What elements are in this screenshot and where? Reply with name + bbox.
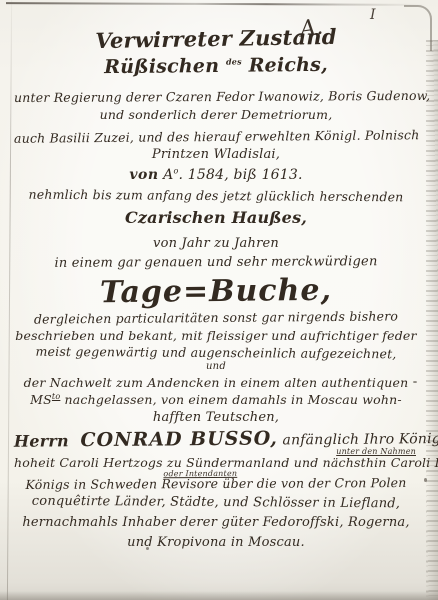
manuscript-line: der Nachwelt zum Andencken in einem alte…: [14, 376, 418, 389]
author-line-rest: anfänglich Ihro Königl.: [282, 431, 438, 448]
manuscript-line: meist gegenwärtig und augenscheinlich au…: [14, 344, 418, 360]
page-right-edge: [426, 40, 438, 600]
manuscript-line: in einem gar genauen und sehr merckwürdi…: [14, 255, 418, 271]
page-fold-line: [7, 0, 12, 600]
manuscript-page: A. I Verwirreter Zustand Rüßischen des R…: [0, 0, 438, 600]
author-honorific: Herrn: [14, 431, 69, 450]
date-range-years: . 1584, biß 1613.: [179, 167, 303, 183]
insertion-unter-den-nahmen: unter den Nahmen: [336, 448, 416, 456]
title-line-2-left: Rüßischen: [104, 55, 219, 78]
manuscript-line: conquêtirte Länder, Städte, und Schlösse…: [14, 495, 418, 511]
manuscript-line: auch Basilii Zuzei, und des hierauf erwe…: [14, 128, 418, 145]
manuscript-line: und sonderlich derer Demetriorum,: [14, 108, 418, 121]
date-range-anno: A: [163, 167, 173, 183]
ms-line-rest: nachgelassen, von einem damahls in Mosca…: [60, 392, 401, 407]
folio-number: I: [370, 7, 376, 23]
title-line-2-insert: des: [226, 56, 242, 66]
date-range-von: von: [129, 167, 158, 183]
czarisches-haus-line: Czarischen Haußes,: [14, 210, 418, 227]
caroli-line-text: hoheit Caroli Hertzogs zu Sündermanland …: [14, 455, 438, 470]
date-range-line: von Ao. 1584, biß 1613.: [14, 168, 418, 183]
tage-buche-heading: Tage=Buche,: [14, 274, 418, 310]
manuscript-line: unter Regierung derer Czaren Fedor Iwano…: [14, 89, 418, 104]
ink-speck: [424, 478, 427, 482]
manuscript-line: Printzen Wladislai,: [14, 148, 418, 162]
manuscript-line: beschrieben und bekant, mit fleissiger u…: [14, 329, 418, 342]
manuscript-line-revisore: oder Intendanten Königs in Schweden Revi…: [14, 476, 418, 491]
title-line-1: Verwirreter Zustand: [14, 24, 418, 53]
insertion-oder-intendanten: oder Intendanten: [163, 470, 237, 479]
manuscript-line-caroli: unter den Nahmen hoheit Caroli Hertzogs …: [14, 456, 418, 469]
und-connector-line: und: [14, 362, 418, 373]
manuscript-line: dergleichen particularitäten sonst gar n…: [14, 310, 418, 327]
title-line-2: Rüßischen des Reichs,: [14, 55, 418, 79]
manuscript-text-column: Verwirreter Zustand Rüßischen des Reichs…: [14, 28, 418, 555]
page-bottom-shadow: [0, 591, 438, 600]
manuscript-line: hernachmahls Inhaber derer güter Fedorof…: [14, 516, 418, 530]
title-line-2-right: Reichs,: [249, 54, 328, 77]
manuscript-line: und Kropivona in Moscau.: [14, 536, 418, 550]
manuscript-line: von Jahr zu Jahren: [14, 237, 418, 251]
manuscript-line: nehmlich bis zum anfang des jetzt glückl…: [14, 187, 418, 203]
ms-abbreviation: MS: [30, 392, 52, 407]
author-name: CONRAD BUSSO,: [80, 428, 278, 452]
page-top-edge: [6, 2, 426, 6]
manuscript-line-ms: MSto nachgelassen, von einem damahls in …: [14, 393, 418, 406]
manuscript-line: hafften Teutschen,: [14, 411, 418, 425]
